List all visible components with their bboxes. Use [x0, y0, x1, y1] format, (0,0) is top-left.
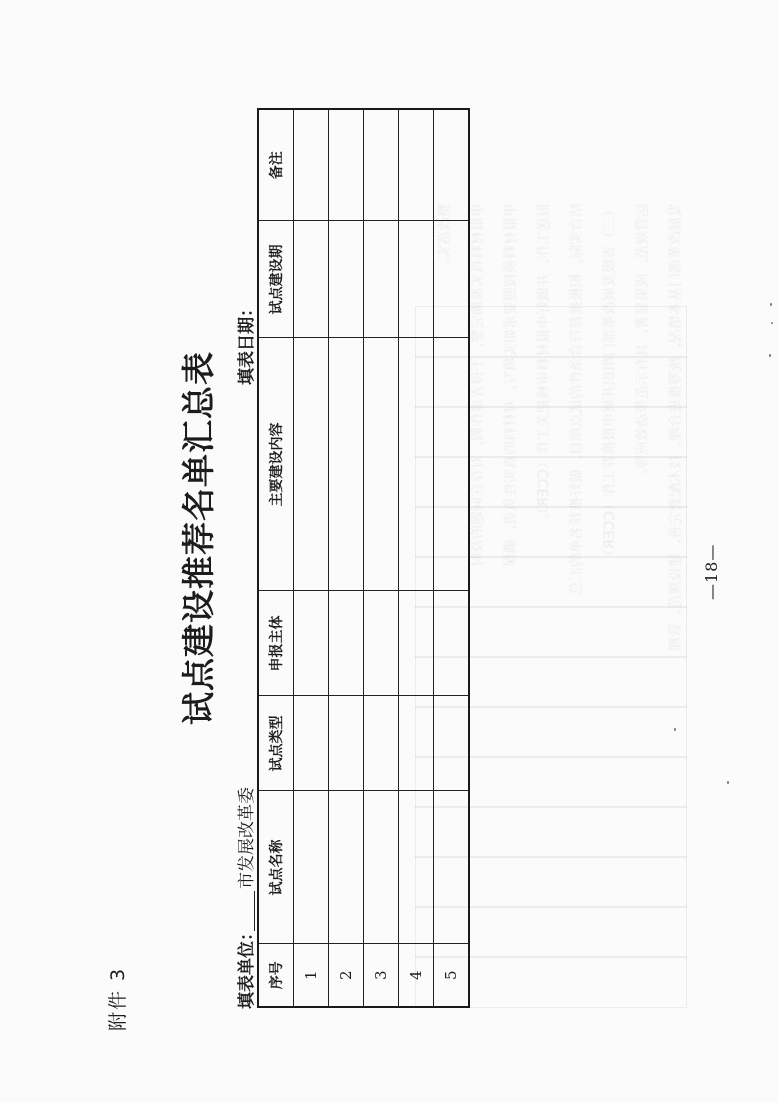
scan-speck: [771, 322, 773, 324]
table-cell: [434, 221, 470, 338]
table-cell: [399, 109, 434, 221]
row-serial-cell: 3: [364, 944, 399, 1007]
fill-unit-underline: [254, 891, 255, 931]
landscape-content: 发展改革部门基本情况，统筹推进合理，技术配套完善，建设规范，管理运营规范，成果显…: [0, 0, 779, 1103]
table-cell: [329, 338, 364, 591]
fill-date-label: 填表日期：: [232, 300, 257, 385]
table-cell: [434, 338, 470, 591]
header-pilot-name: 试点名称: [258, 791, 294, 944]
header-main-content: 主要建设内容: [258, 338, 294, 591]
table-row: 1: [294, 109, 329, 1007]
table-row: 3: [364, 109, 399, 1007]
fill-unit-value: 市发展改革委: [232, 787, 257, 889]
row-serial-cell: 5: [434, 944, 470, 1007]
table-cell: [329, 221, 364, 338]
page-title: 试点建设推荐名单汇总表: [173, 375, 220, 725]
attachment-label: 附件 3: [103, 967, 130, 1031]
header-serial: 序号: [258, 944, 294, 1007]
header-pilot-type: 试点类型: [258, 696, 294, 791]
table-cell: [364, 591, 399, 696]
table-cell: [294, 109, 329, 221]
table-row: 2: [329, 109, 364, 1007]
header-remarks: 备注: [258, 109, 294, 221]
table-cell: [364, 221, 399, 338]
table-cell: [364, 791, 399, 944]
row-serial-cell: 4: [399, 944, 434, 1007]
row-serial-cell: 2: [329, 944, 364, 1007]
table-cell: [399, 221, 434, 338]
table-cell: [294, 791, 329, 944]
scan-speck: [727, 781, 729, 784]
table-cell: [434, 109, 470, 221]
table-cell: [364, 109, 399, 221]
fill-unit-label: 填表单位：: [232, 924, 257, 1009]
table-cell: [399, 791, 434, 944]
table-cell: [294, 221, 329, 338]
header-construction-period: 试点建设期: [258, 221, 294, 338]
document-page: 发展改革部门基本情况，统筹推进合理，技术配套完善，建设规范，管理运营规范，成果显…: [0, 0, 779, 1103]
row-serial-cell: 1: [294, 944, 329, 1007]
table-row: 5: [434, 109, 470, 1007]
table-cell: [364, 696, 399, 791]
table-cell: [329, 696, 364, 791]
page-number: —18—: [702, 544, 721, 600]
table-cell: [399, 696, 434, 791]
table-cell: [434, 791, 470, 944]
table-cell: [329, 109, 364, 221]
table-cell: [364, 338, 399, 591]
table-row: 4: [399, 109, 434, 1007]
table-cell: [399, 591, 434, 696]
table-cell: [434, 696, 470, 791]
table-cell: [329, 791, 364, 944]
scan-speck: [770, 303, 772, 306]
scan-speck: [674, 728, 676, 731]
recommendation-table: 序号 试点名称 试点类型 申报主体 主要建设内容 试点建设期 备注 12345: [257, 108, 470, 1008]
table-header-row: 序号 试点名称 试点类型 申报主体 主要建设内容 试点建设期 备注: [258, 109, 294, 1007]
table-cell: [399, 338, 434, 591]
table-cell: [329, 591, 364, 696]
table-cell: [294, 696, 329, 791]
header-applicant: 申报主体: [258, 591, 294, 696]
table-cell: [434, 591, 470, 696]
table-cell: [294, 338, 329, 591]
scan-speck: [769, 354, 771, 357]
table-cell: [294, 591, 329, 696]
